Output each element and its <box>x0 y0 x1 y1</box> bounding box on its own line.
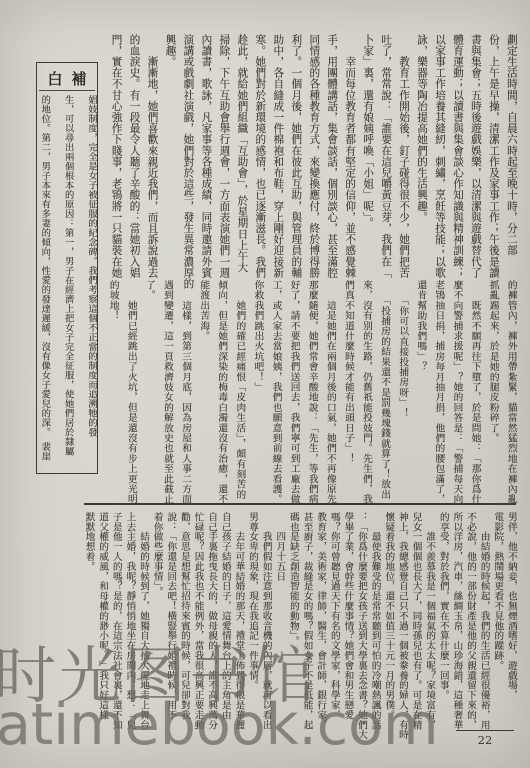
text-column: 結婚的時候到了，她獨自大搖大擺地走上舞台 <box>139 512 149 730</box>
text-column: 幸而每位教育者都有堅定的信仰，並不感覺棘 <box>344 34 355 278</box>
text-column: ：「你爲什麼要把女孩子送到大學裏去念書？她們大 <box>357 512 367 740</box>
text-column: 內讀書，歌詠，凡家事等各種成績，同時邀請外賓 <box>200 34 211 278</box>
text-column: 的享受，對於我們，實在不算什麼一回事。 <box>438 512 448 700</box>
text-column: 着你做些麼事情」。 <box>152 512 162 596</box>
text-column: 上去主婚，我呢？靜悄悄地坐在房間內，想：「兒 <box>125 512 135 730</box>
filler-box-text: 娼妓制度，完全是女子被征服的紀念碑。我們考察這個不正當的制度而追溯牠的發生，可以… <box>39 95 95 467</box>
text-column: 趁此，就給她們組織「互助會」，於星期日上午大 <box>236 34 247 273</box>
text-column: 「投捕房的結果還不是罰幾塊錢就算了！放出 <box>379 280 389 500</box>
page-number: 22 <box>456 730 514 747</box>
text-column: 娼妓制度，完全是女子被征服的紀念碑。我們考察這個不正當的制度而追溯牠的發 <box>86 95 95 467</box>
text-column: 說：「你還是回去吧！橫豎舉行婚禮時候，用不 <box>166 512 176 720</box>
text-column: 來，沒有別的生路，仍舊祇能投妓門。先生們，我 <box>361 280 371 504</box>
text-column: 你救我們跳出火坑吧！」 <box>253 280 263 392</box>
text-column: 生，可以尋出兩個根本的原因：第一，男子在經濟上把女子完全征服，使她們居於隸屬 <box>62 95 71 467</box>
scanned-magazine-page: 劃定生活時間，自晨六時起至晚十時，分二部份，上午是早操，清潔工作及家事工作；午後… <box>0 0 530 768</box>
text-column: 那麼隨便，她們常會辛酸地說：「先生，等我們病 <box>307 280 317 504</box>
text-column: 們真不知道什麼時候才能有出頭日子」！ <box>343 280 353 464</box>
filler-box-title-char: 補 <box>71 68 86 89</box>
text-column: 甚至廚子，裁縫是女的嗎？假如女子不是低能，起 <box>302 512 312 730</box>
text-column: 遇到變遷，這一頁救濟妓女的解放史也就至此截止 <box>162 280 172 504</box>
text-column: 麼不向警捕求援呢」？她的回答是：「警捕每天向 <box>452 280 462 504</box>
text-column: 以家事工作培養其縫紉，刺繡，烹飪等技能；以歌 <box>433 34 444 278</box>
text-column: 嗎？你可曾聽見過天下有名的文學家，科學家， <box>329 512 339 720</box>
text-column: 利了。一個月後，她們在彼此互助，與管理員的輔 <box>290 34 301 278</box>
text-column: 「你可以直接投捕房呀」！ <box>398 280 408 418</box>
text-column: 道父權的威風，和母權的渺小呢？」我只好這樣 <box>98 512 108 720</box>
text-column: 吐了，常常說：「誰要在這兒嚼黃豆芽，我們在「 <box>380 34 391 278</box>
text-column: 學畢了業，會幹些什麼事情？她們會和男生戀愛 <box>343 512 353 720</box>
text-column: 由結婚的時候起，我們的生活已經很優裕，用 <box>479 512 489 730</box>
text-column: 勸，意思是想幫忙招待來賓的時候，可兒卻對我 <box>179 512 189 720</box>
text-column: 她們的確已經痛恨「皮肉生活」，頗有刻苦的 <box>235 280 245 500</box>
text-column: 教育工作開始後，釘子碰得很不少，她們把苦 <box>398 34 409 278</box>
text-column: 書與集會；五時後遊戲娛樂，以清潔與遊戲替代了 <box>469 34 480 278</box>
text-column: 助中，各自縫成一件棉袍和布鞋，穿上剛好迎接新 <box>272 34 283 278</box>
top-text-block: 劃定生活時間，自晨六時起至晚十時，分二部份，上午是早操，清潔工作及家事工作；午後… <box>110 34 516 278</box>
text-column: 體育運動；以讀書與集會談心作知識與精神訓練； <box>451 34 462 278</box>
filler-box-title-char: 白 <box>47 68 62 89</box>
filler-box-title: 補白 <box>39 66 95 91</box>
bottom-text-block: 男伴，他不納妾，也無煙酒嗜好，遊戲場，電影院，熱鬧場更看不見他的蹤跡。 由結婚的… <box>84 512 516 736</box>
text-column: 這是她們在兩個月後的口氣，她們不再像原先 <box>325 280 335 504</box>
filler-box: 補白 娼妓制度，完全是女子被征服的紀念碑。我們考察這個不正當的制度而追溯牠的發生… <box>36 62 98 474</box>
text-column: 卜家」裏，還有娘姨呼喚「小姐」呢」。 <box>362 34 373 229</box>
text-column: 漸漸地，她們喜歡來親近我們，而且訴說過去 <box>146 34 157 278</box>
text-column: 的褲管內，褲外用帶紮緊，貓當然猛烈地在褲內亂 <box>506 280 516 504</box>
text-column: 去年可華結婚的那天，禮堂上佈置得很是華麗 <box>234 512 244 730</box>
text-column: 傾向，但是她們深染的梅毒白濁還沒有治癒，還不 <box>217 280 227 504</box>
text-column: 這樣，到第三個月底，因為房屋和人事二方面 <box>180 280 190 504</box>
middle-text-block: 的褲管內，褲外用帶紮緊，貓當然猛烈地在褲內亂抓亂踢起來，於是她的腿皮粉碎了。 既… <box>108 280 516 500</box>
text-column: 四月十五日 <box>275 512 285 581</box>
text-column: 詠，樂器等陶冶提高她們的生活興趣。 <box>415 34 426 223</box>
text-column: 手，用團體講話，集會談話，個別談心，甚至滿腔 <box>326 34 337 278</box>
text-column: 我們假如注意到那收音機的內層，就可以看出 <box>261 512 271 730</box>
text-column: 門，實在不甘心強作下賤事，老鴇將一只貓裝在她 <box>110 34 121 278</box>
text-column: 的血淚史。有一段最令人聽了辛酸的：當她初入娼 <box>128 34 139 278</box>
text-column: 興趣。 <box>164 34 175 67</box>
text-column: 好了，請不要把我們送回去，我們寧可到工廠去做 <box>289 280 299 504</box>
text-column: 工，或人家去當娘姨，我們也願意到前線去看護。 <box>271 280 281 504</box>
text-column: 忙碌呢？因此我也不能例外，當我很高興正要走動 <box>193 512 203 730</box>
text-column: 自己手裏拖曳長大的，做母親的人，誰不高興萬分 <box>207 512 217 730</box>
text-column: 演講或戲劇社演戲，她們對於這些，發生異常濃厚的 <box>182 34 193 289</box>
text-column: 神上，我總感覺自己只不過一個被豢養的婦人，有時 <box>397 512 407 740</box>
text-column: 掃除，下午互助會舉行週會，一方面表演她們一週 <box>218 34 229 278</box>
text-column: 男伴，他不納妾，也無煙酒嗜好，遊戲場， <box>506 512 516 700</box>
text-column: 所以洋房，汽車，絲綢玉帛，山珍海錯，這種奢華 <box>452 512 462 730</box>
text-column: 同情感的各種教育方式，來變換應付，終於博得勝 <box>308 34 319 278</box>
text-column: 默默地想着。 <box>84 512 94 571</box>
text-column: 最使我難受的是常常聽到可怕的冷嘲熱諷的話 <box>370 512 380 730</box>
text-column: 了。 <box>144 280 154 300</box>
text-column: 兒女一個個也長大了，同時孫兒也有了。可是在精 <box>411 512 421 730</box>
text-column: 子是他一人的嗎？是的，在這宗法社會裏，還不知 <box>111 512 121 730</box>
text-column: 她們已經跳出了火坑，但是還沒有步上更光明 <box>126 280 136 504</box>
text-column: 的地位。第二，男子本來有多妻的傾向，性愛的發達遲緩，沒有像女子愛兒的深。 裴崖 <box>39 95 48 467</box>
text-column: 老鴇抽日捐，捕房每月抽月捐，他們的腰包滿了， <box>434 280 444 504</box>
text-column: 還肯幫助我們嗎」？ <box>416 280 426 372</box>
text-column: 教育家，美術家，律師，醫生，會計師，銀行家， <box>316 512 326 730</box>
text-column: 誰不羨慕我是一個福氣的太太呢？家境富有， <box>425 512 435 730</box>
text-column: 碼也是缺乏創造智能的動物」。 <box>288 512 298 646</box>
text-column: 電影院，熱鬧場更看不見他的蹤跡。 <box>493 512 503 670</box>
text-column: 男尊女卑的現象，現在我追記一件事情。 <box>248 512 258 690</box>
text-column: 能渡出苦海。 <box>198 280 208 341</box>
text-column: 劃定生活時間，自晨六時起至晚十時，分二部 <box>505 34 516 256</box>
text-column: 抓亂踢起來，於是她的腿皮粉碎了。 <box>488 280 498 443</box>
text-column: 寒。她們對於新環境的感情，也已逐漸滋長。我們 <box>254 34 265 278</box>
text-column: 既然不願再往下墮了，於是問她：「那你爲什 <box>470 280 480 504</box>
section-divider-rule <box>84 503 516 505</box>
text-column: 的坡地！ <box>108 280 118 321</box>
text-column: 份，上午是早操，清潔工作及家事工作；午後是讀 <box>487 34 498 278</box>
text-column: 懷疑着我的地位，還不如值三十元一月的男僕。 <box>384 512 394 720</box>
text-column: 不必說，他的一部份財產是他的父親遺留下來的， <box>466 512 476 730</box>
text-column: 自己孩子結婚的日子，這愛情舞台上的主角是由 <box>220 512 230 720</box>
